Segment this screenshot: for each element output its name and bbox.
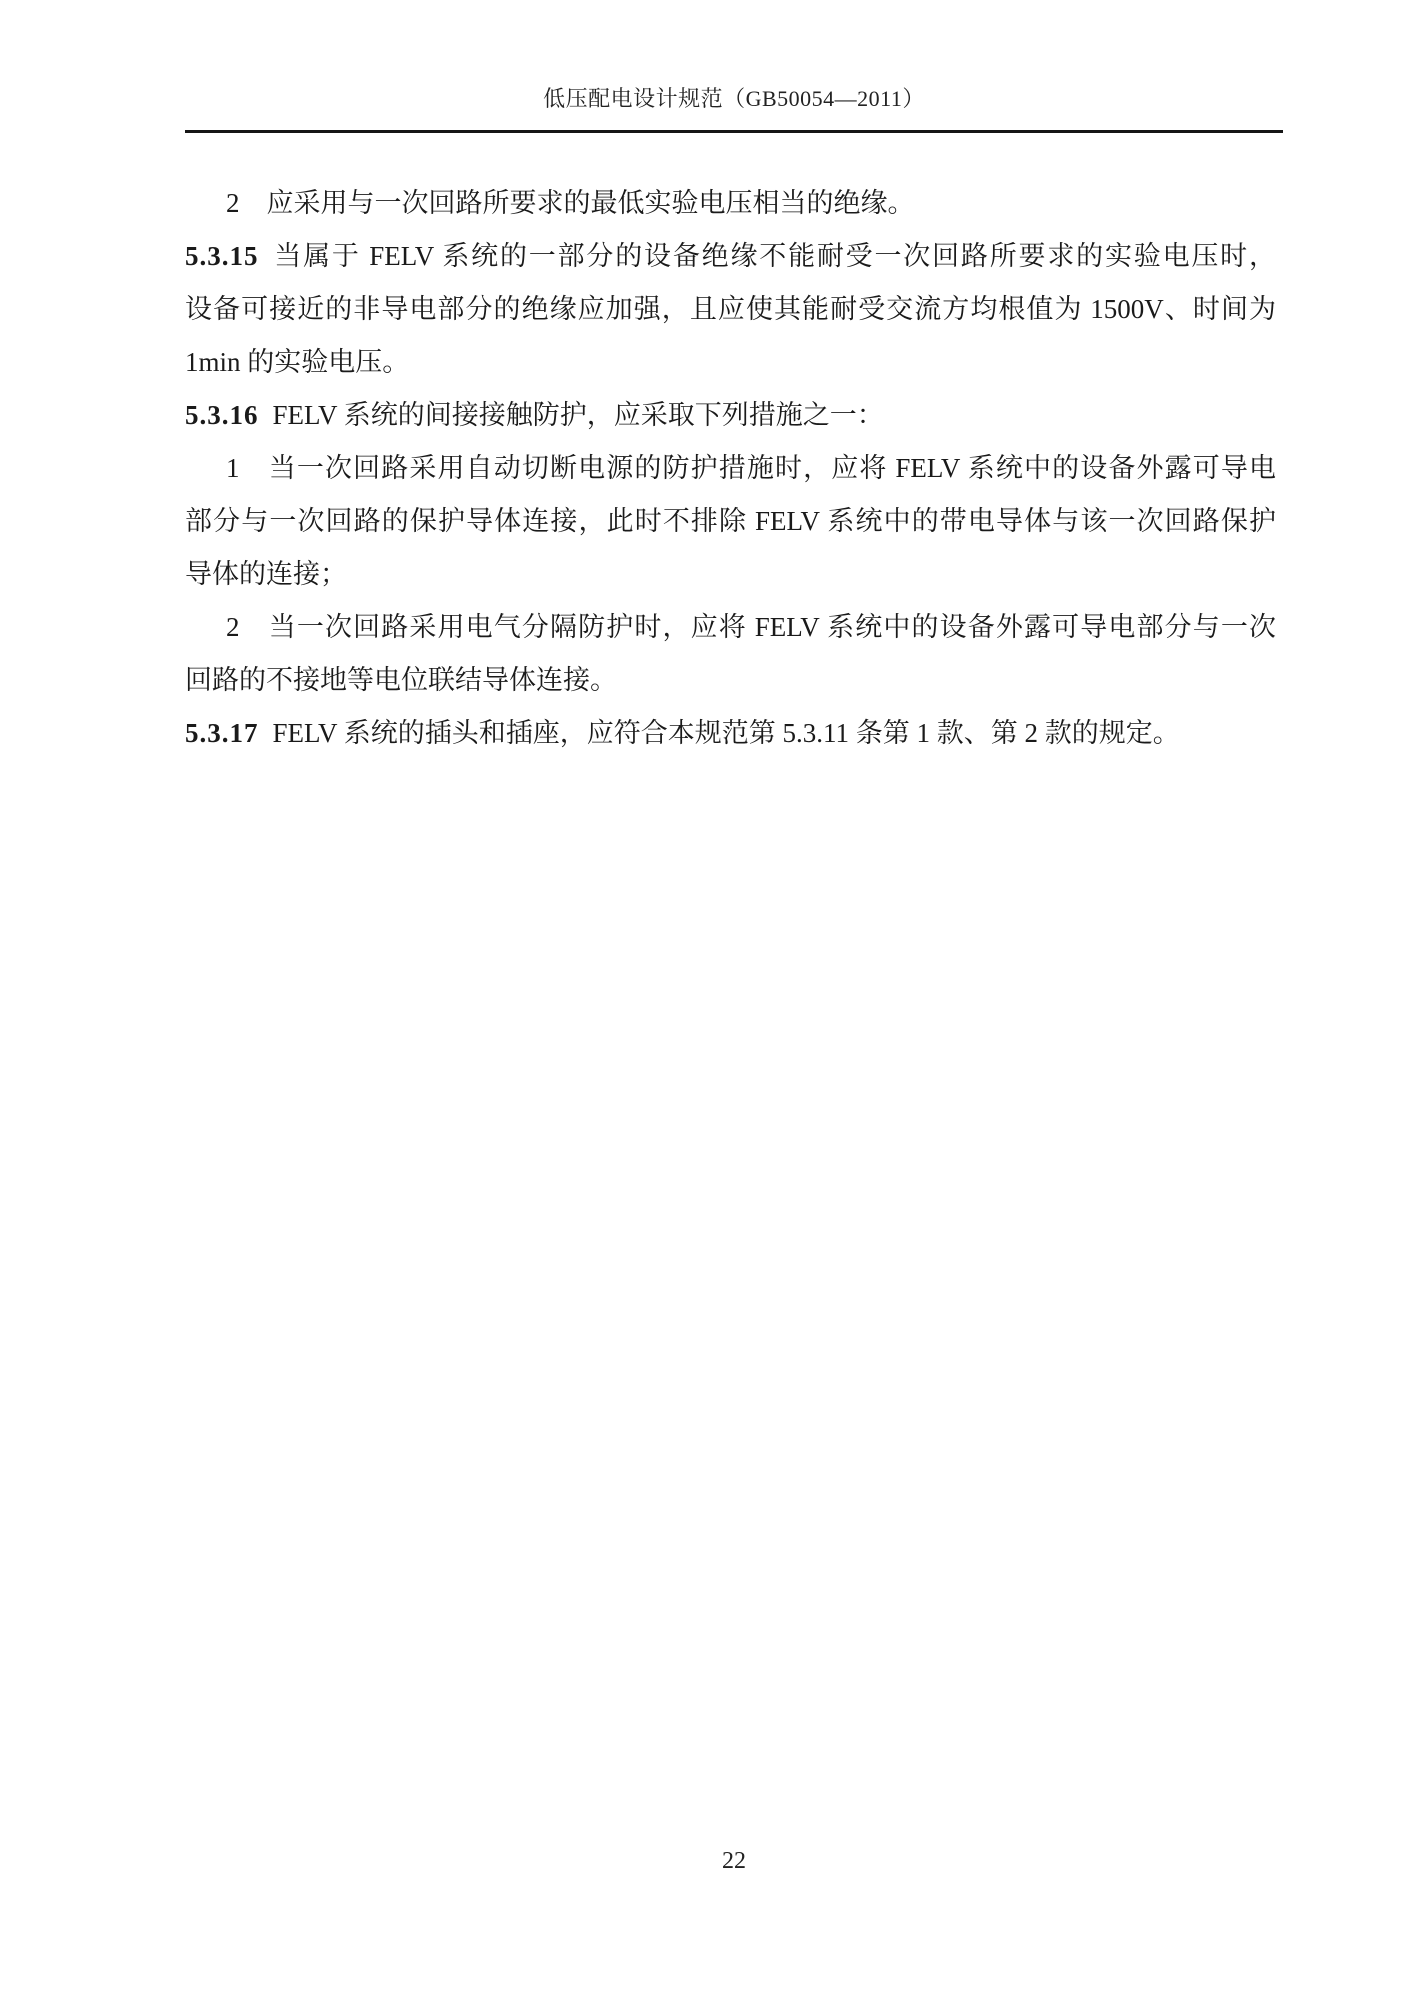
document-body: 2 应采用与一次回路所要求的最低实验电压相当的绝缘。5.3.15当属于 FELV… bbox=[185, 177, 1276, 760]
line-text: 设备可接近的非导电部分的绝缘应加强，且应使其能耐受交流方均根值为 1500V、时… bbox=[185, 294, 1276, 324]
text-line: 设备可接近的非导电部分的绝缘应加强，且应使其能耐受交流方均根值为 1500V、时… bbox=[185, 283, 1276, 336]
line-text: FELV 系统的插头和插座，应符合本规范第 5.3.11 条第 1 款、第 2 … bbox=[273, 718, 1180, 748]
line-text: 2 应采用与一次回路所要求的最低实验电压相当的绝缘。 bbox=[226, 188, 915, 218]
line-text: 2 当一次回路采用电气分隔防护时，应将 FELV 系统中的设备外露可导电部分与一… bbox=[226, 612, 1276, 642]
line-text: 1min 的实验电压。 bbox=[185, 347, 409, 377]
line-text: 1 当一次回路采用自动切断电源的防护措施时，应将 FELV 系统中的设备外露可导… bbox=[226, 453, 1276, 483]
page-number: 22 bbox=[185, 1845, 1283, 1877]
text-line: 5.3.17FELV 系统的插头和插座，应符合本规范第 5.3.11 条第 1 … bbox=[185, 707, 1276, 760]
text-line: 导体的连接； bbox=[185, 548, 1276, 601]
text-line: 1min 的实验电压。 bbox=[185, 336, 1276, 389]
text-line: 2 应采用与一次回路所要求的最低实验电压相当的绝缘。 bbox=[185, 177, 1276, 230]
line-text: 导体的连接； bbox=[185, 559, 347, 589]
text-line: 1 当一次回路采用自动切断电源的防护措施时，应将 FELV 系统中的设备外露可导… bbox=[185, 442, 1276, 495]
text-block: 低压配电设计规范（GB50054—2011） 2 应采用与一次回路所要求的最低实… bbox=[185, 0, 1283, 2000]
text-line: 部分与一次回路的保护导体连接，此时不排除 FELV 系统中的带电导体与该一次回路… bbox=[185, 495, 1276, 548]
header-rule bbox=[185, 130, 1283, 133]
running-header-title: 低压配电设计规范（GB50054—2011） bbox=[185, 86, 1283, 112]
text-line: 5.3.15当属于 FELV 系统的一部分的设备绝缘不能耐受一次回路所要求的实验… bbox=[185, 230, 1276, 283]
text-line: 回路的不接地等电位联结导体连接。 bbox=[185, 654, 1276, 707]
clause-number: 5.3.16 bbox=[185, 400, 259, 430]
line-text: 当属于 FELV 系统的一部分的设备绝缘不能耐受一次回路所要求的实验电压时， bbox=[273, 241, 1277, 271]
clause-number: 5.3.15 bbox=[185, 241, 259, 271]
document-page: 低压配电设计规范（GB50054—2011） 2 应采用与一次回路所要求的最低实… bbox=[0, 0, 1414, 2000]
clause-number: 5.3.17 bbox=[185, 718, 259, 748]
line-text: FELV 系统的间接接触防护，应采取下列措施之一： bbox=[273, 400, 884, 430]
text-line: 5.3.16FELV 系统的间接接触防护，应采取下列措施之一： bbox=[185, 389, 1276, 442]
line-text: 部分与一次回路的保护导体连接，此时不排除 FELV 系统中的带电导体与该一次回路… bbox=[185, 506, 1276, 536]
line-text: 回路的不接地等电位联结导体连接。 bbox=[185, 665, 617, 695]
text-line: 2 当一次回路采用电气分隔防护时，应将 FELV 系统中的设备外露可导电部分与一… bbox=[185, 601, 1276, 654]
